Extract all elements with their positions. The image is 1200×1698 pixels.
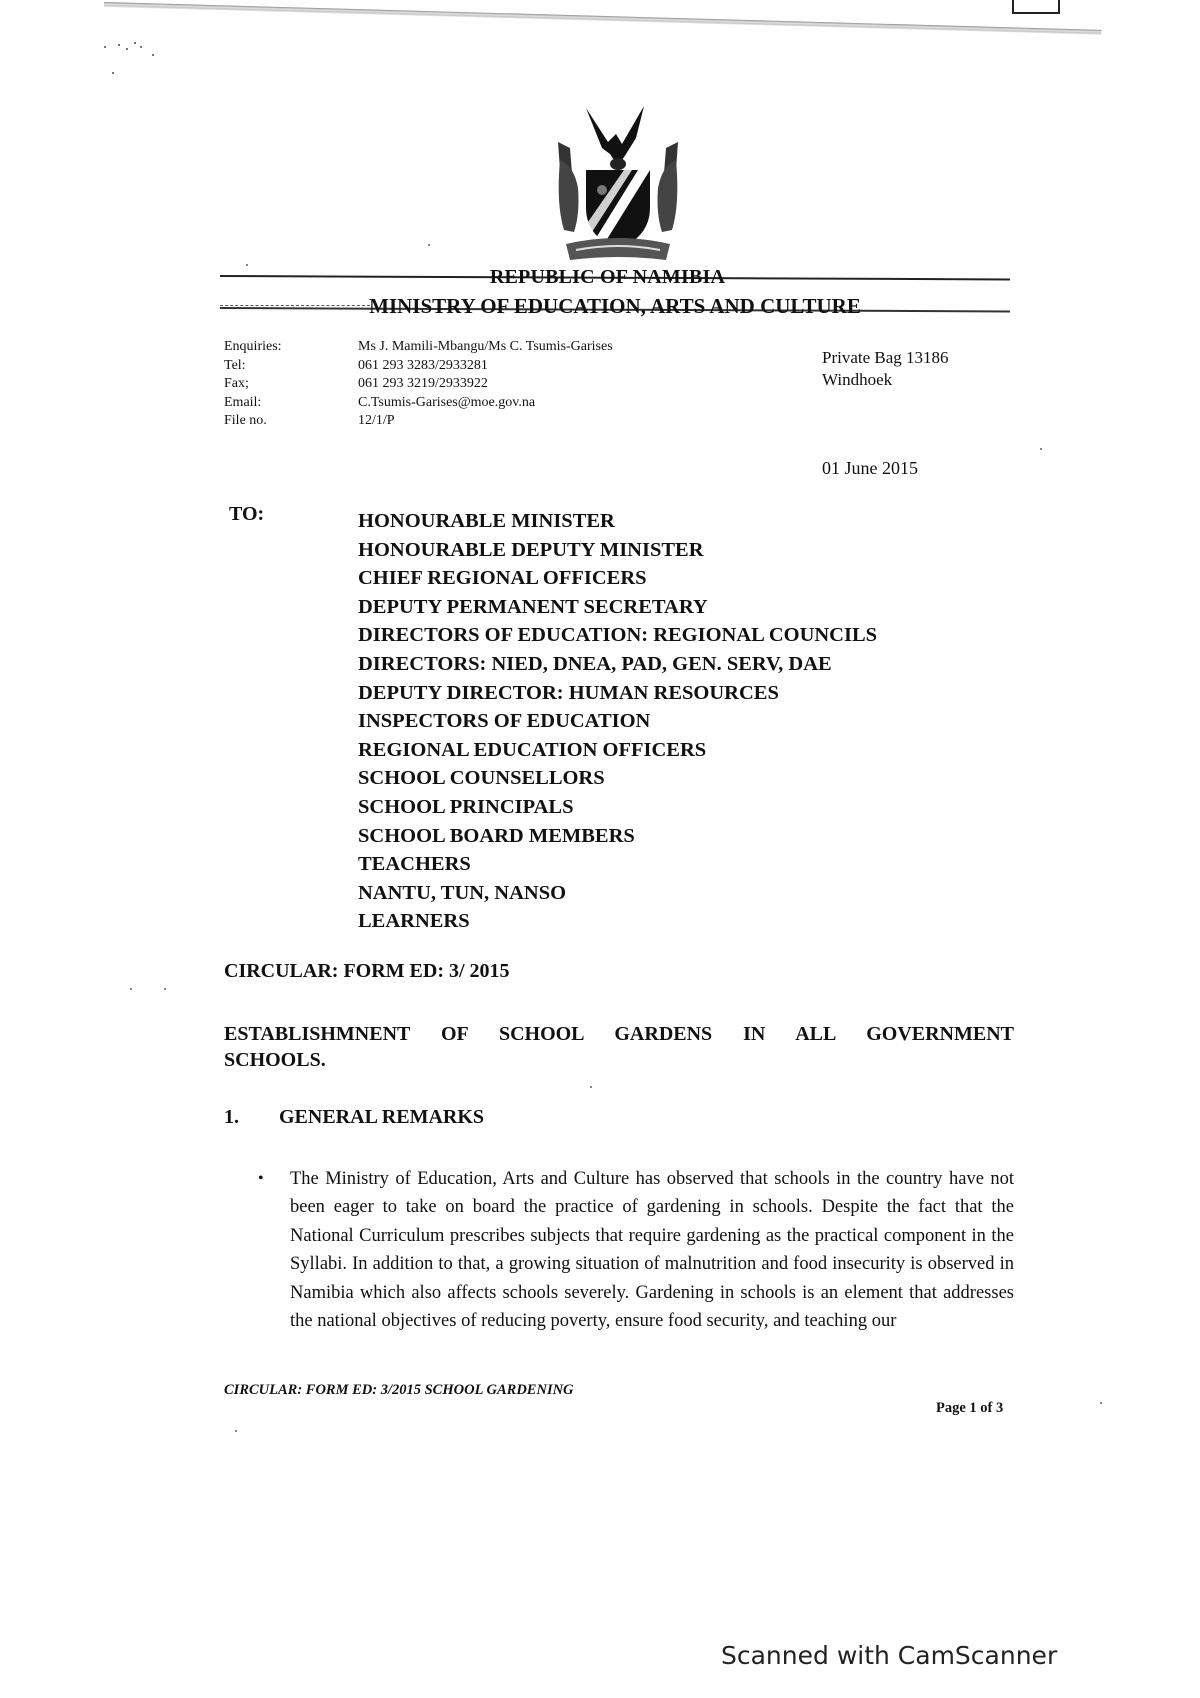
scan-specks [100,38,200,98]
recipient-item: INSPECTORS OF EDUCATION [358,707,877,736]
contact-row-fax: Fax; 061 293 3219/2933922 [224,375,613,394]
paragraph-text: The Ministry of Education, Arts and Cult… [290,1165,1014,1335]
subject-line: SCHOOLS. [224,1049,326,1071]
contact-value: C.Tsumis-Garises@moe.gov.na [358,394,535,413]
recipients-label: TO: [229,503,264,526]
contact-row-tel: Tel: 061 293 3283/2933281 [224,357,613,376]
footer-reference: CIRCULAR: FORM ED: 3/2015 SCHOOL GARDENI… [224,1382,574,1399]
contact-value: 061 293 3283/2933281 [358,357,488,376]
ministry-heading: MINISTRY OF EDUCATION, ARTS AND CULTURE [0,294,1200,319]
address-line: Private Bag 13186 [822,347,949,369]
scan-corner-box [1012,0,1060,14]
recipient-item: CHIEF REGIONAL OFFICERS [358,564,877,593]
contact-label: Enquiries: [224,338,358,357]
contact-label: Fax; [224,375,358,394]
scan-speck [164,988,166,990]
country-heading: REPUBLIC OF NAMIBIA [0,266,1200,289]
address-line: Windhoek [822,369,949,391]
recipient-item: DEPUTY PERMANENT SECRETARY [358,593,877,622]
contact-details: Enquiries: Ms J. Mamili-Mbangu/Ms C. Tsu… [224,338,613,431]
contact-value: 12/1/P [358,412,395,431]
scan-speck [235,1430,237,1432]
recipient-item: DIRECTORS: NIED, DNEA, PAD, GEN. SERV, D… [358,650,877,679]
contact-value: 061 293 3219/2933922 [358,375,488,394]
subject-line: ESTABLISHMNENT OF SCHOOL GARDENS IN ALL … [224,1021,1014,1047]
scan-edge-line [104,2,1102,35]
scan-speck [428,244,430,246]
scan-speck [130,988,132,990]
contact-value: Ms J. Mamili-Mbangu/Ms C. Tsumis-Garises [358,338,613,357]
body-bullet-paragraph: • The Ministry of Education, Arts and Cu… [258,1165,1014,1335]
page-number: Page 1 of 3 [936,1400,1003,1417]
recipient-item: SCHOOL PRINCIPALS [358,793,877,822]
contact-label: Tel: [224,357,358,376]
scan-speck [1040,448,1042,450]
contact-row-file: File no. 12/1/P [224,412,613,431]
section-number: 1. [224,1106,279,1129]
recipient-item: LEARNERS [358,907,877,936]
section-title: GENERAL REMARKS [279,1106,484,1129]
recipient-item: NANTU, TUN, NANSO [358,879,877,908]
circular-reference: CIRCULAR: FORM ED: 3/ 2015 [224,960,510,983]
recipient-item: HONOURABLE MINISTER [358,507,877,536]
scan-speck [590,1086,592,1088]
contact-row-enquiries: Enquiries: Ms J. Mamili-Mbangu/Ms C. Tsu… [224,338,613,357]
recipient-item: SCHOOL COUNSELLORS [358,764,877,793]
section-heading: 1. GENERAL REMARKS [224,1106,484,1129]
contact-label: Email: [224,394,358,413]
postal-address: Private Bag 13186 Windhoek [822,347,949,391]
recipients-list: HONOURABLE MINISTER HONOURABLE DEPUTY MI… [358,507,877,936]
bullet-icon: • [258,1165,290,1335]
recipient-item: DEPUTY DIRECTOR: HUMAN RESOURCES [358,679,877,708]
recipient-item: TEACHERS [358,850,877,879]
scanner-watermark: Scanned with CamScanner [721,1641,1057,1670]
recipient-item: HONOURABLE DEPUTY MINISTER [358,536,877,565]
scan-speck [1100,1402,1102,1404]
recipient-item: REGIONAL EDUCATION OFFICERS [358,736,877,765]
subject-heading: ESTABLISHMNENT OF SCHOOL GARDENS IN ALL … [224,1021,1014,1073]
recipient-item: SCHOOL BOARD MEMBERS [358,822,877,851]
contact-label: File no. [224,412,358,431]
coat-of-arms-icon [546,104,690,264]
letter-date: 01 June 2015 [822,458,918,479]
contact-row-email: Email: C.Tsumis-Garises@moe.gov.na [224,394,613,413]
recipient-item: DIRECTORS OF EDUCATION: REGIONAL COUNCIL… [358,621,877,650]
